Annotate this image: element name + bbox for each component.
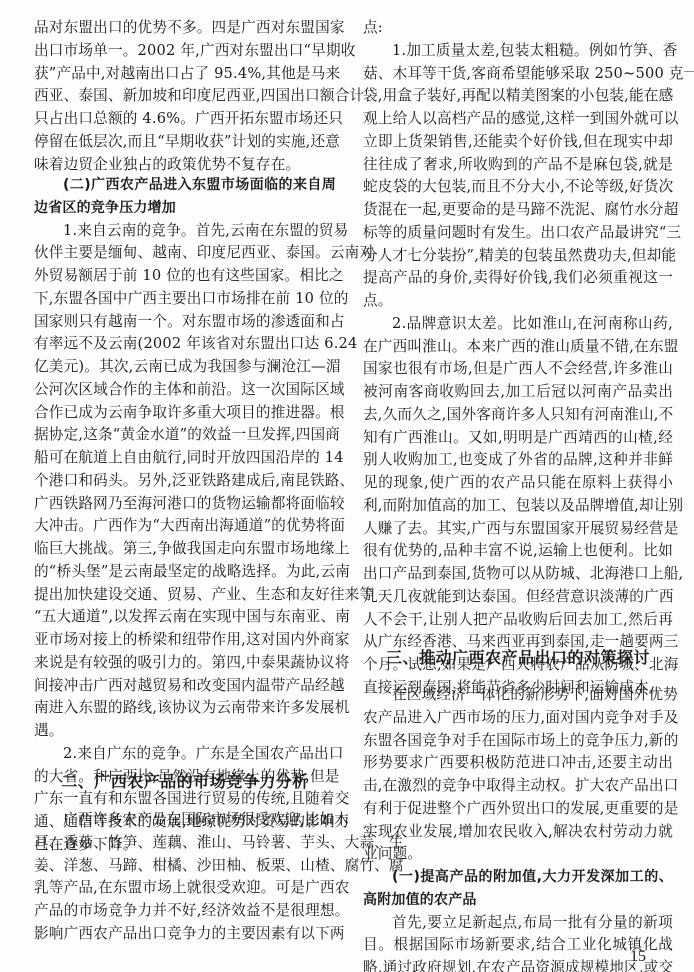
text-line: 知有广西淮山。又如,明明是广西靖西的山楂,经: [363, 428, 673, 448]
text-line: 只占出口总额的 4.6%。广西开拓东盟市场还只: [34, 109, 336, 129]
text-line: 出口产品到泰国,货物可以从防城、北海港口上船,: [363, 564, 673, 584]
text-line: 菇、木耳等干货,客商希望能够采取 250~500 克一: [363, 64, 673, 84]
text-line: 出口市场单一。2002 年,广西对东盟出口“早期收: [34, 41, 336, 61]
text-line: 首先,要立足新起点,布局一批有分量的新项: [363, 913, 673, 933]
text-line: 来说是有较强的吸引力的。第四,中泰果蔬协议将: [34, 653, 336, 673]
text-line: 伙伴主要是缅甸、越南、印度尼西亚、泰国。云南对: [34, 243, 336, 263]
text-line: 立即上货架销售,还能卖个好价钱,但在现实中却: [363, 132, 673, 152]
text-line: 2.品牌意识太差。比如淮山,在河南称山药,: [363, 314, 673, 334]
text-line: 被河南客商收购回去,加工后冠以河南产品卖出: [363, 382, 673, 402]
text-line: 广西许多农产品在国际市场很受欢迎,比如木: [34, 810, 336, 830]
text-line: 提高产品的身价,卖得好价钱,我们必须重视这一: [363, 268, 673, 288]
text-line: 几天几夜就能到达泰国。但经营意识淡薄的广西: [363, 587, 673, 607]
text-line: 农产品进入广西市场的压力,面对国内竞争对手及: [363, 708, 673, 728]
subheading-line: 边省区的竞争压力增加: [34, 198, 336, 218]
subheading-line: 高附加值的农产品: [363, 890, 673, 910]
text-line: 乳等产品,在东盟市场上就很受欢迎。可是广西农: [34, 878, 336, 898]
text-line: 影响广西农产品出口竞争力的主要因素有以下两: [34, 924, 336, 944]
text-line: 船可在航道上自由航行,同时开放四国沿岸的 14: [34, 448, 336, 468]
text-line: 人不会干,让别人把产品收购后回去加工,然后再: [363, 610, 673, 630]
text-line: 袋,用盒子装好,再配以精美图案的小包装,能在感: [363, 86, 673, 106]
text-line: 2.来自广东的竞争。广东是全国农产品出口: [34, 744, 336, 764]
text-line: 南进入东盟的路线,该协议为云南带来许多发展机: [34, 698, 336, 718]
text-line: 国家也很有市场,但是广西人不会经营,许多淮山: [363, 359, 673, 379]
text-line: 个港口和码头。另外,泛亚铁路建成后,南昆铁路、: [34, 471, 336, 491]
text-line: 1.加工质量太差,包装太粗糙。例如竹笋、香: [363, 41, 673, 61]
text-line: 形势要求广西要积极防范进口冲击,还要主动出: [363, 753, 673, 773]
text-line: 下,东盟各国中广西主要出口市场排在前 10 位的: [34, 289, 336, 309]
text-line: 去,久而久之,国外客商许多人只知有河南淮山,不: [363, 405, 673, 425]
text-line: 获”产品中,对越南出口占了 95.4%,其他是马来: [34, 64, 336, 84]
text-line: 有利于促进整个广西外贸出口的发展,更重要的是: [363, 799, 673, 819]
text-line: 产品的市场竞争力并不好,经济效益不是很理想。: [34, 901, 336, 921]
text-line: 在广西叫淮山。本来广西的淮山质量不错,在东盟: [363, 337, 673, 357]
text-line: 蛇皮袋的大包装,而且不分大小,不论等级,好货次: [363, 177, 673, 197]
text-line: 品对东盟出口的优势不多。四是广西对东盟国家: [34, 18, 336, 38]
subheading-line: (一)提高产品的附加值,大力开发深加工的、: [363, 867, 673, 887]
text-line: 观上给人以高档产品的感觉,这样一到国外就可以: [363, 109, 673, 129]
text-line: 亿美元)。其次,云南已成为我国参与澜沧江—湄: [34, 357, 336, 377]
text-line: 1.来自云南的竞争。首先,云南在东盟的贸易: [34, 221, 336, 241]
text-line: 大冲击。广西作为“大西南出海通道”的优势将面: [34, 516, 336, 536]
text-line: 业问题。: [363, 844, 673, 864]
text-line: 耳、香菇、竹笋、莲藕、淮山、马铃薯、芋头、大蒜、生: [34, 833, 336, 853]
text-line: 分人才七分装扮”,精美的包装虽然费功夫,但却能: [363, 246, 673, 266]
section-heading: 三、推动广西农产品出口的对策探讨: [363, 648, 673, 668]
text-line: 据协定,这条“黄金水道”的效益一旦发挥,四国商: [34, 425, 336, 445]
text-line: 姜、洋葱、马蹄、柑橘、沙田柚、板栗、山楂、腐竹、腐: [34, 856, 336, 876]
text-line: 有率远不及云南(2002 年该省对东盟出口达 6.24: [34, 334, 336, 354]
text-line: 利,而附加值高的加工、包装以及品牌增值,却让别: [363, 496, 673, 516]
text-line: 东盟各国竞争对手在国际市场上的竞争压力,新的: [363, 731, 673, 751]
text-line: 点:: [363, 18, 673, 38]
text-line: 遇。: [34, 721, 336, 741]
text-line: 实现农业发展,增加农民收入,解决农村劳动力就: [363, 822, 673, 842]
text-line: 人赚了去。其实,广西与东盟国家开展贸易经营是: [363, 519, 673, 539]
text-line: 临巨大挑战。第三,争做我国走向东盟市场地缘上: [34, 539, 336, 559]
text-line: 的“桥头堡”是云南最坚定的战略选择。为此,云南: [34, 562, 336, 582]
text-line: 提出加快建设交通、贸易、产业、生态和友好往来等: [34, 585, 336, 605]
text-line: “五大通道”,以发挥云南在实现中国与东南亚、南: [34, 607, 336, 627]
subheading-line: (二)广西农产品进入东盟市场面临的来自周: [34, 175, 336, 195]
text-line: 标等的质量问题时有发生。出口农产品最讲究“三: [363, 223, 673, 243]
document-page: 品对东盟出口的优势不多。四是广西对东盟国家出口市场单一。2002 年,广西对东盟…: [0, 0, 694, 972]
text-line: 击,在激烈的竞争中取得主动权。扩大农产品出口: [363, 776, 673, 796]
text-line: 亚市场对接上的桥梁和纽带作用,这对国内外商家: [34, 630, 336, 650]
text-line: 在区域经济一体化的新形势下,面对国外优势: [363, 685, 673, 705]
text-line: 停留在低层次,而且“早期收获”计划的实施,还意: [34, 132, 336, 152]
text-line: 味着边贸企业独占的政策优势不复存在。: [34, 155, 336, 175]
text-line: 公河次区域合作的主体和前沿。这一次国际区域: [34, 380, 336, 400]
text-line: 货混在一起,更要命的是马蹄不洗泥、腐竹水分超: [363, 200, 673, 220]
text-line: 广西铁路网乃至海河港口的货物运输都将面临较: [34, 494, 336, 514]
section-heading: 二、广西农产品的市场竞争力分析: [34, 772, 336, 792]
text-line: 点。: [363, 291, 673, 311]
text-line: 别人收购加工,也变成了外省的品牌,这种并非鲜: [363, 450, 673, 470]
text-line: 广东一直有和东盟各国进行贸易的传统,且随着交: [34, 789, 336, 809]
text-line: 合作已成为云南争取许多重大项目的推进器。根: [34, 403, 336, 423]
text-line: 往往成了奢求,所收购到的产品不是麻包袋,就是: [363, 155, 673, 175]
text-line: 很有优势的,品种丰富不说,运输上也便利。比如: [363, 541, 673, 561]
page-number: 15: [618, 948, 658, 966]
text-line: 外贸易额居于前 10 位的也有这些国家。相比之: [34, 266, 336, 286]
text-line: 西亚、泰国、新加坡和印度尼西亚,四国出口额合计: [34, 86, 336, 106]
text-line: 国家则只有越南一个。对东盟市场的渗透面和占: [34, 312, 336, 332]
text-line: 间接冲击广西对越贸易和改变国内温带产品经越: [34, 676, 336, 696]
text-line: 见的现象,使广西的农产品只能在原料上获得小: [363, 473, 673, 493]
